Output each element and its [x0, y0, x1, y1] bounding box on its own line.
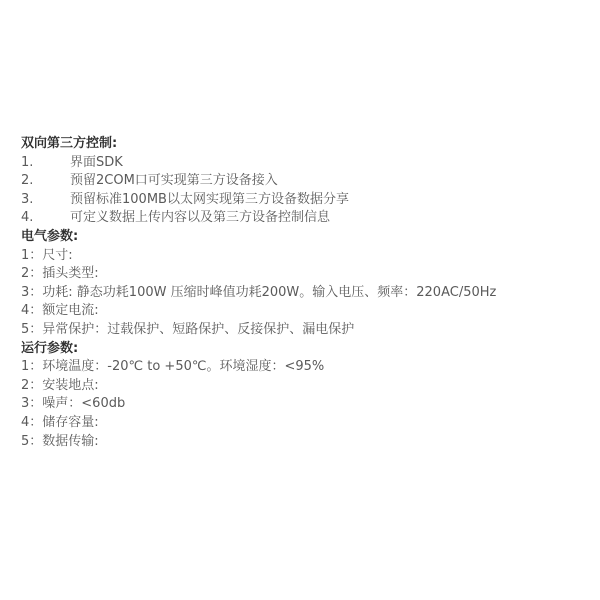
list-text: 数据传输: [42, 434, 98, 449]
list-text: 插头类型: [42, 266, 98, 281]
list-item: 3：功耗: 静态功耗100W 压缩时峰值功耗200W。输入电压、频率：220AC… [21, 284, 591, 303]
list-number: 2. [21, 172, 70, 191]
list-text: 功耗: 静态功耗100W 压缩时峰值功耗200W。输入电压、频率：220AC/5… [42, 285, 496, 300]
list-number: 4. [21, 209, 70, 228]
list-item: 1.界面SDK [21, 154, 591, 173]
list-number: 5： [21, 321, 42, 340]
list-item: 4.可定义数据上传内容以及第三方设备控制信息 [21, 209, 591, 228]
section-heading-third-party-control: 双向第三方控制: [21, 135, 591, 154]
list-number: 3： [21, 284, 42, 303]
list-item: 4：额定电流: [21, 302, 591, 321]
list-text: 储存容量: [42, 415, 98, 430]
list-number: 4： [21, 414, 42, 433]
list-text: 预留2COM口可实现第三方设备接入 [70, 173, 278, 188]
list-number: 1： [21, 358, 42, 377]
section-heading-electrical-params: 电气参数: [21, 228, 591, 247]
list-item: 2：插头类型: [21, 265, 591, 284]
list-item: 3：噪声：<60db [21, 395, 591, 414]
list-number: 3. [21, 191, 70, 210]
list-number: 1. [21, 154, 70, 173]
list-number: 2： [21, 265, 42, 284]
list-text: 尺寸: [42, 248, 72, 263]
list-item: 1：环境温度：-20℃ to +50℃。环境湿度：<95% [21, 358, 591, 377]
spec-document: 双向第三方控制: 1.界面SDK 2.预留2COM口可实现第三方设备接入 3.预… [21, 135, 591, 451]
list-text: 额定电流: [42, 303, 98, 318]
list-text: 可定义数据上传内容以及第三方设备控制信息 [70, 210, 330, 225]
list-text: 界面SDK [70, 155, 123, 170]
list-item: 1：尺寸: [21, 247, 591, 266]
list-item: 3.预留标准100MB以太网实现第三方设备数据分享 [21, 191, 591, 210]
list-number: 5： [21, 433, 42, 452]
list-item: 4：储存容量: [21, 414, 591, 433]
list-number: 4： [21, 302, 42, 321]
list-text: 环境温度：-20℃ to +50℃。环境湿度：<95% [42, 359, 324, 374]
list-item: 2：安装地点: [21, 377, 591, 396]
list-text: 预留标准100MB以太网实现第三方设备数据分享 [70, 192, 349, 207]
list-item: 2.预留2COM口可实现第三方设备接入 [21, 172, 591, 191]
list-text: 噪声：<60db [42, 396, 125, 411]
section-heading-operating-params: 运行参数: [21, 340, 591, 359]
list-item: 5：异常保护：过载保护、短路保护、反接保护、漏电保护 [21, 321, 591, 340]
list-number: 3： [21, 395, 42, 414]
list-text: 异常保护：过载保护、短路保护、反接保护、漏电保护 [42, 322, 354, 337]
list-item: 5：数据传输: [21, 433, 591, 452]
list-number: 2： [21, 377, 42, 396]
list-text: 安装地点: [42, 378, 98, 393]
list-number: 1： [21, 247, 42, 266]
